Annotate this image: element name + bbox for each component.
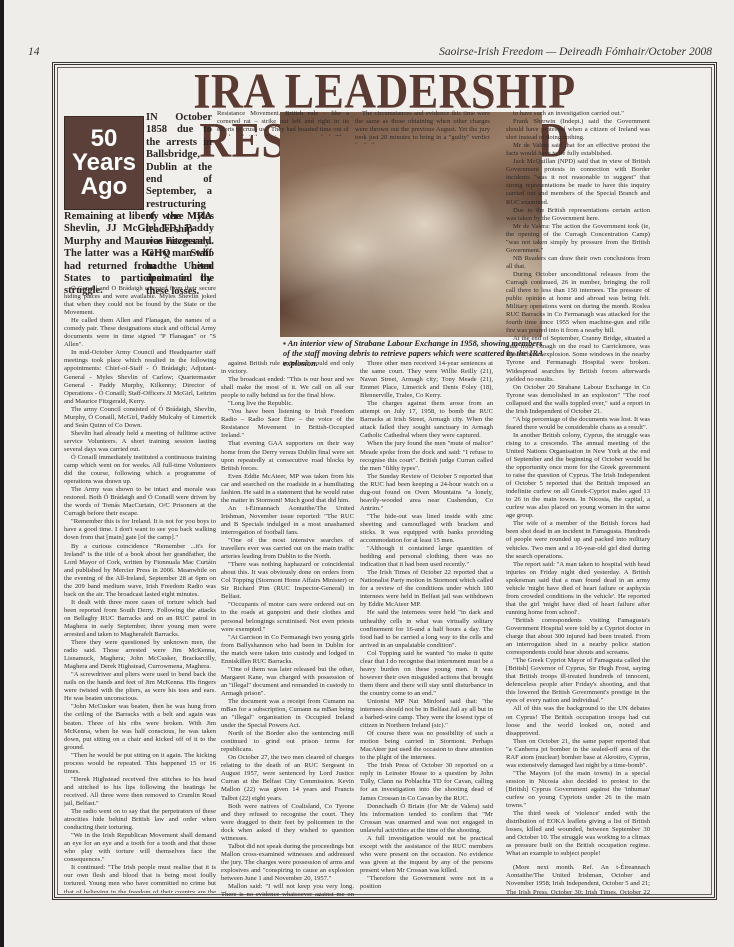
paragraph: Both were natives of Coalisland, Co Tyro… (221, 803, 354, 843)
paragraph: By a curious coincidence "Remember ...it… (64, 543, 216, 599)
paragraph: "The hide-out was lined inside with zinc… (360, 513, 493, 545)
page-header: 14 Saoirse-Irish Freedom — Deireadh Fómh… (28, 46, 712, 58)
paragraph: Mallon said: "I will not keep you very l… (221, 883, 354, 896)
paragraph: against British rule in Ireland would en… (221, 360, 354, 376)
paragraph: "The Greek Cypriot Mayor of Famagusta ca… (506, 657, 650, 705)
paragraph: He called them Allen and Flanagan, the n… (64, 317, 216, 349)
paragraph: He said the internees were held "in dark… (360, 609, 493, 649)
paragraph: The Irish Press of October 30 reported o… (360, 762, 493, 802)
paragraph: Then on October 21, the same paper repor… (506, 738, 650, 770)
paragraph: The charges against them arose from an a… (360, 400, 493, 440)
paragraph: During October unconditional releases fr… (506, 271, 650, 335)
paragraph: The broadcast ended: "This is our hour a… (221, 376, 354, 400)
paragraph: It continued: "The Irish people must rea… (64, 864, 216, 893)
paragraph: In mid-October Army Council and Headquar… (64, 349, 216, 405)
paragraph: "A big percentage of the documents was l… (506, 416, 650, 432)
paragraph: The army Council consisted of Ó Brádaigh… (64, 406, 216, 430)
paragraph: "One of the most intensive searches of t… (221, 537, 354, 561)
paragraph: On October 27, the two men cleared of ch… (221, 754, 354, 802)
column-3: Three other men received 14-year sentenc… (360, 360, 493, 896)
paragraph: "There was nothing haphazard or coincide… (221, 561, 354, 601)
paragraph: That evening GAA supporters on their way… (221, 440, 354, 472)
publication-title: Saoirse-Irish Freedom — Deireadh Fómhair… (439, 46, 712, 58)
references-footnote: (More next month. Ref. An t-Éireannach A… (506, 864, 650, 896)
strabane-photo (280, 112, 542, 337)
paragraph: A full investigation would not be practi… (360, 835, 493, 875)
paragraph: "John McCusker was beaten, then he was h… (64, 703, 216, 751)
paragraph: The Army was shown to be intact and mora… (64, 486, 216, 518)
paragraph: The report said: "A man taken to hospita… (506, 561, 650, 617)
paragraph: to have such an investigation carried ou… (506, 110, 650, 118)
paragraph: Talbot did not speak during the proceedi… (221, 843, 354, 883)
paragraph: "Therefore the Government were not in a … (360, 875, 493, 891)
paragraph: Ó Conaill and Ó Brádaigh emerged from th… (64, 285, 216, 317)
paragraph: "Remember this is for Ireland. It is not… (64, 518, 216, 542)
paragraph: On October 20 Strabane Labour Exchange i… (506, 384, 650, 416)
headline: IRA LEADERSHIP RESTRUCTURED (59, 67, 710, 116)
paragraph: "Derek Highstead received five stitches … (64, 776, 216, 808)
paragraph: In another British colony, Cyprus, the s… (506, 432, 650, 521)
paragraph: Mr de Valera: The action the Government … (506, 223, 650, 255)
paragraph: "A screwdriver and pliers were used to b… (64, 671, 216, 703)
paragraph: The Sunday Review of October 5 reported … (360, 473, 493, 513)
paragraph: Mr de Valera said that for an effective … (506, 142, 650, 158)
column-3-top: The circumstances and evidence this time… (355, 110, 490, 144)
paragraph: "Then he would be put sitting on it agai… (64, 752, 216, 776)
paragraph: "At Garrison in Co Fermanagh two young g… (221, 634, 354, 666)
paragraph: It dealt with three more cases of tortur… (64, 599, 216, 639)
paragraph: An t-Éireannach Aontaithe/The United Iri… (221, 505, 354, 537)
paragraph: "Although it contained large quantities … (360, 545, 493, 569)
paragraph: There they were questioned by unknown me… (64, 639, 216, 671)
paragraph: The third week of 'violence' ended with … (506, 810, 650, 858)
column-1: Ó Conaill and Ó Brádaigh emerged from th… (64, 285, 216, 893)
paragraph: "Occupants of motor cars were ordered ou… (221, 601, 354, 633)
paragraph: Col Topping said he wanted "to make it q… (360, 650, 493, 698)
paragraph: "British correspondents visiting Famagus… (506, 617, 650, 657)
paragraph: The Irish Times of October 22 reported t… (360, 569, 493, 609)
column-4: to have such an investigation carried ou… (506, 110, 650, 896)
column-2: against British rule in Ireland would en… (221, 360, 354, 896)
paragraph: The radio went on to say that the perpet… (64, 808, 216, 832)
paragraph: The document was a receipt from Cumann n… (221, 698, 354, 730)
paragraph: Due to the British representations certa… (506, 207, 650, 223)
paragraph: "We in the Irish Republican Movement sha… (64, 832, 216, 864)
paragraph: Donnchadh Ó Briain (for Mr de Valera) sa… (360, 803, 493, 835)
paragraph: "Long live the Republic. (221, 400, 354, 408)
fifty-years-ago-badge: 50 Years Ago (64, 116, 144, 210)
paragraph: Three other men received 14-year sentenc… (360, 360, 493, 400)
paragraph: All of this was the background to the UN… (506, 705, 650, 737)
paragraph: Ó Conaill immediately instituted a conti… (64, 454, 216, 486)
paragraph: Jack McQuillan (NPD) said that in view o… (506, 158, 650, 206)
column-2-top: Resistance Movement. British rule – like… (217, 110, 349, 136)
paragraph: Unionist MP Nat Minford said that: "the … (360, 698, 493, 730)
paragraph: "The Mayors (of the main towns) in a spe… (506, 770, 650, 810)
page-number: 14 (28, 46, 40, 58)
paragraph: North of the Border also the sentencing … (221, 730, 354, 754)
paragraph: Frank Sherwin (Indept.) said the Governm… (506, 118, 650, 142)
paragraph: "One of them was later released but the … (221, 666, 354, 698)
paragraph: Of course there was no possibility of su… (360, 730, 493, 762)
page-edge (0, 0, 4, 947)
paragraph: When the jury found the men "mute of mal… (360, 440, 493, 472)
paragraph: Even Eddie McAteer, MP was taken from hi… (221, 473, 354, 505)
paragraph: At the end of September, Cranny Bridge, … (506, 335, 650, 383)
paragraph: NB Readers can draw their own conclusion… (506, 255, 650, 271)
paragraph: "You have been listening to Irish Freedo… (221, 408, 354, 440)
paragraph: Shevlin had already held a meeting of fu… (64, 430, 216, 454)
paragraph: The wife of a member of the British forc… (506, 520, 650, 560)
